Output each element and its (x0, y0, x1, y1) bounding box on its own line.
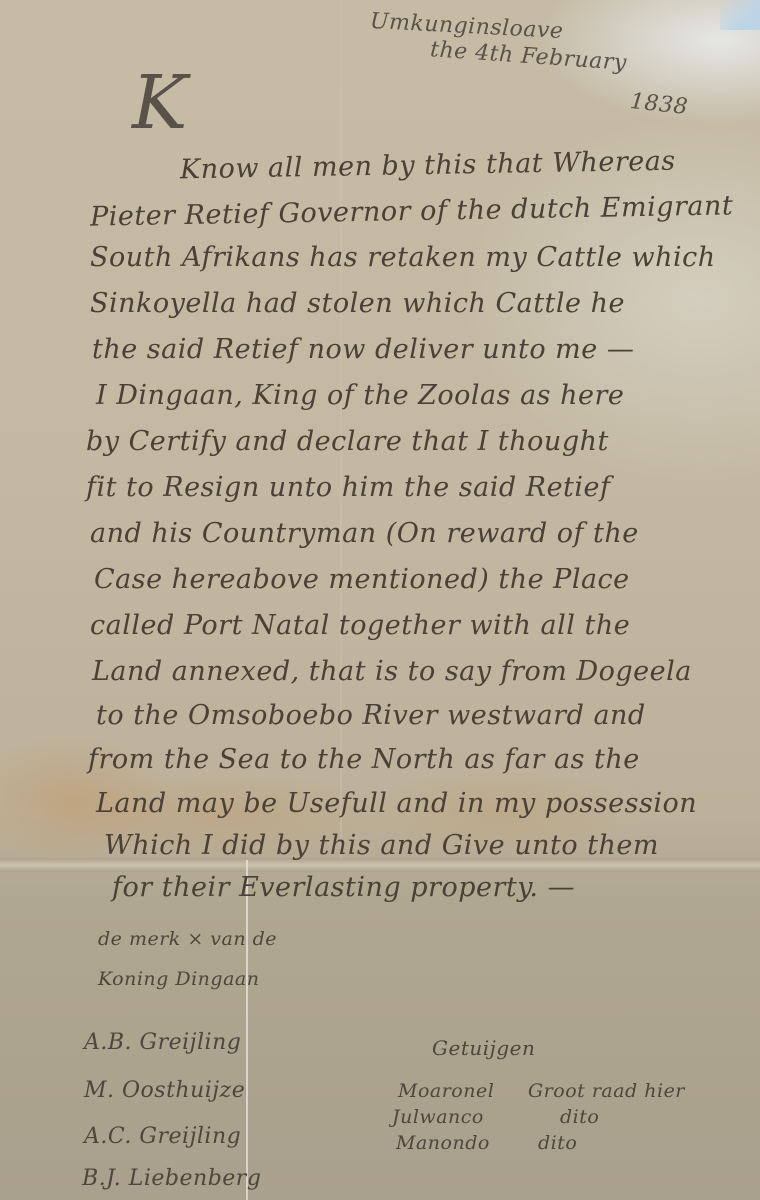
background-corner (720, 0, 760, 30)
body-line-11: called Port Natal together with all the (90, 610, 630, 641)
witness-1: A.B. Greijling (84, 1030, 241, 1055)
body-line-14: from the Sea to the North as far as the (88, 744, 640, 775)
body-line-4: Sinkoyella had stolen which Cattle he (90, 288, 625, 319)
signature-king: Koning Dingaan (98, 968, 259, 990)
witness-right-3-name: Manondo (396, 1132, 490, 1154)
body-line-15: Land may be Usefull and in my possession (96, 788, 697, 819)
witness-right-1-name: Moaronel (398, 1080, 494, 1102)
body-line-13: to the Omsoboebo River westward and (96, 700, 646, 731)
body-line-8: fit to Resign unto him the said Retief (86, 472, 611, 503)
witness-right-2-name: Julwanco (392, 1106, 484, 1128)
witness-4: B.J. Liebenberg (82, 1166, 261, 1191)
witness-right-3-role: dito (538, 1132, 577, 1154)
body-line-6: I Dingaan, King of the Zoolas as here (96, 380, 624, 411)
body-line-17: for their Everlasting property. — (112, 872, 575, 903)
witness-2: M. Oosthuijze (84, 1078, 245, 1103)
signature-mark-line: de merk × van de (98, 928, 277, 950)
witness-3: A.C. Greijling (84, 1124, 241, 1149)
vertical-fold-lower (246, 860, 248, 1200)
witness-right-1-role: Groot raad hier (528, 1080, 685, 1102)
witness-right-2-role: dito (560, 1106, 599, 1128)
body-line-12: Land annexed, that is to say from Dogeel… (92, 656, 692, 687)
decorative-initial: K (132, 60, 187, 146)
witnesses-heading: Getuijgen (432, 1036, 535, 1060)
body-line-16: Which I did by this and Give unto them (104, 830, 659, 861)
body-line-9: and his Countryman (On reward of the (90, 518, 639, 549)
body-line-7: by Certify and declare that I thought (86, 426, 609, 457)
body-line-3: South Afrikans has retaken my Cattle whi… (90, 242, 716, 273)
body-line-5: the said Retief now deliver unto me — (92, 334, 634, 365)
body-line-10: Case hereabove mentioned) the Place (94, 564, 630, 595)
